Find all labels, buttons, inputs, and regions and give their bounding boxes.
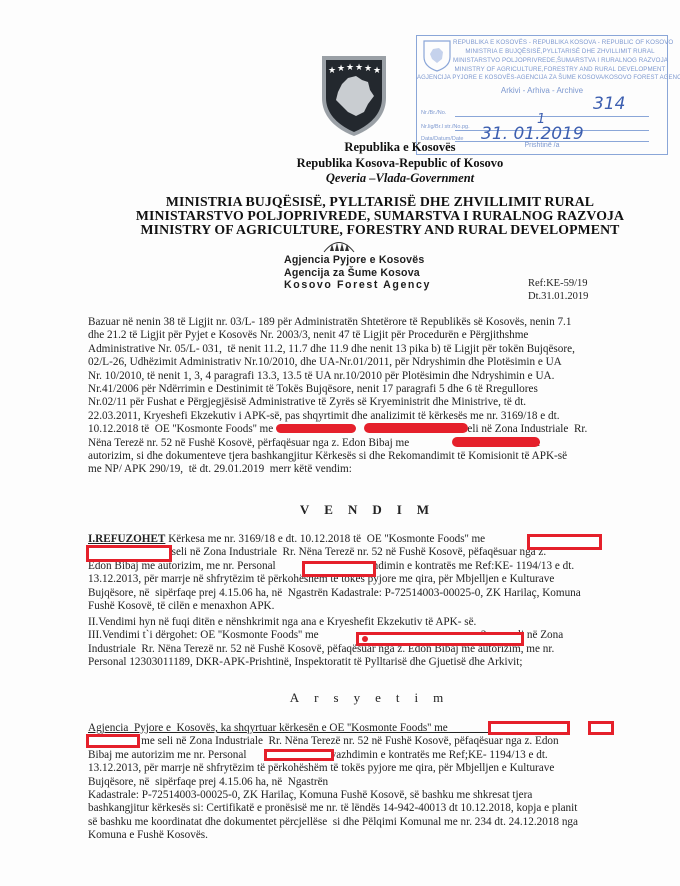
agency-name-sr: Agencija za Šume Kosova: [284, 267, 420, 279]
svg-text:★: ★: [328, 66, 336, 76]
redaction-mark: [364, 423, 468, 433]
text-line: 22.03.2011, Kryeshefi Ekzekutiv i APK-së…: [88, 410, 668, 423]
redaction-box: [302, 561, 376, 577]
text-line: bashkangjitur kërkesës si: Certifikatë e…: [88, 802, 668, 815]
text-line: Personal 12303011189, DKR-APK-Prishtinë,…: [88, 656, 668, 669]
reference-number: Ref:KE-59/19: [528, 278, 588, 289]
preamble-paragraph: Bazuar në nenin 38 të Ligjit nr. 03/L- 1…: [88, 316, 668, 477]
redaction-box: [488, 721, 570, 735]
svg-text:★: ★: [355, 63, 363, 73]
document-page: ★★★ ★★★ REPUBLIKA E KOSOVËS - REPUBLIKA …: [0, 0, 680, 886]
text-line: Nr.41/2006 për Ndërrimin e Destinimit të…: [88, 383, 668, 396]
forest-trees-logo-icon: [322, 237, 356, 253]
stamp-nr-label: Nr./Br./No.: [421, 110, 446, 116]
kosovo-seal-icon: [422, 39, 452, 73]
stamp-divider: [455, 116, 649, 117]
text-line: Komuna e Fushë Kosovës.: [88, 829, 668, 842]
redaction-box: [527, 534, 602, 550]
redaction-mark: [452, 437, 540, 447]
text-line: Administrative Nr. 05/L- 031, të nenit 1…: [88, 343, 668, 356]
reasoning-paragraph: Agjencia Pyjore e Kosovës, ka shqyrtuar …: [88, 722, 668, 843]
text-line: së bashku me koordinatat dhe dokumentet …: [88, 816, 668, 829]
redaction-box: [264, 749, 334, 761]
text-line: me seli në Zona Industriale Rr. Nëna Ter…: [88, 735, 668, 748]
text-line: autorizim, si dhe dokumenteve tjera bash…: [88, 450, 668, 463]
text-line: Edon Bibaj me autorizim, me nr. Personal…: [88, 560, 668, 573]
stamp-line: MINISTRIA E BUJQËSISË,PYLLTARISË DHE ZHV…: [453, 48, 667, 55]
stamp-line: MINISTRY OF AGRICULTURE,FORESTRY AND RUR…: [453, 66, 667, 73]
redaction-mark: [276, 424, 356, 433]
text-line: II.Vendimi hyn në fuqi ditën e nënshkrim…: [88, 616, 668, 629]
stamp-nr-value: 314: [593, 94, 625, 114]
text-line: Agjencia Pyjore e Kosovës, ka shqyrtuar …: [88, 722, 548, 734]
stamp-line: MINISTARSTVO POLJOPRIVREDE,ŠUMARSTVA I R…: [453, 57, 667, 64]
redaction-box: [86, 734, 140, 748]
text-line: Kadastrale: P-72514003-00025-0, ZK Haril…: [88, 789, 668, 802]
republic-name-multi: Republika Kosova-Republic of Kosovo: [60, 156, 680, 171]
text-line: 13.12.2013, për marrje në shfrytëzim të …: [88, 762, 668, 775]
text-line: Bujqësore, në sipërfaqe prej 4.15.06 ha,…: [88, 587, 668, 600]
text-line: 02/L-26, Udhëzimit Administrativ Nr.10/2…: [88, 356, 668, 369]
text-line: me NP/ APK 290/19, të dt. 29.01.2019 mer…: [88, 463, 668, 476]
archive-stamp: REPUBLIKA E KOSOVËS - REPUBLIKA KOSOVA -…: [416, 35, 668, 155]
republic-name-al: Republika e Kosovës: [60, 140, 680, 155]
stamp-archive-label: Arkivi - Arhiva - Archive: [417, 86, 667, 95]
reasoning-heading: Arsyetim: [34, 690, 680, 706]
text-line: 13.12.2013, për marrje në shfrytëzim të …: [88, 573, 668, 586]
decision-heading: VENDIM: [32, 502, 680, 518]
text-line: Kërkesa me nr. 3169/18 e dt. 10.12.2018 …: [165, 533, 585, 545]
text-line: Nr.02/11 për Fushat e Përgjegjësisë Admi…: [88, 396, 668, 409]
stamp-line: REPUBLIKA E KOSOVËS - REPUBLIKA KOSOVA -…: [453, 39, 667, 46]
government-label: Qeveria –Vlada-Government: [60, 171, 680, 186]
text-line: Bujqësore, në sipërfaqe prej 4.15.06 ha,…: [88, 776, 668, 789]
text-line: Bazuar në nenin 38 të Ligjit nr. 03/L- 1…: [88, 316, 668, 329]
ministry-name-en: MINISTRY OF AGRICULTURE, FORESTRY AND RU…: [40, 222, 680, 238]
redaction-box: [588, 721, 614, 735]
agency-name-en: Kosovo Forest Agency: [284, 279, 431, 291]
refuse-label: I.REFUZOHET: [88, 533, 165, 545]
text-line: Nëna Terezë nr. 52 në Fushë Kosovë, përf…: [88, 437, 668, 450]
svg-text:★: ★: [346, 63, 354, 73]
svg-text:★: ★: [337, 64, 345, 74]
text-line: Fushë Kosovë, të cilën e menaxhon APK.: [88, 600, 668, 613]
redaction-mark: [362, 636, 368, 642]
kosovo-coat-of-arms-icon: ★★★ ★★★: [318, 52, 390, 138]
text-line: dhe 21.2 të Ligjit për Pyjet e Kosovës N…: [88, 329, 668, 342]
svg-text:★: ★: [364, 64, 372, 74]
redaction-box: [86, 545, 172, 562]
agency-name-al: Agjencia Pyjore e Kosovës: [284, 254, 424, 266]
reference-date: Dt.31.01.2019: [528, 291, 588, 302]
text-line: Bibaj me autorizim me nr. Personal për v…: [88, 749, 668, 762]
svg-text:★: ★: [373, 66, 381, 76]
stamp-line: AGJENCIJA PYJORE E KOSOVËS-AGENCIJA ZA Š…: [417, 75, 667, 81]
text-line: Nr. 10/2010, të nenit 1, 3, 4 paragrafi …: [88, 370, 668, 383]
redaction-box: [356, 632, 524, 646]
